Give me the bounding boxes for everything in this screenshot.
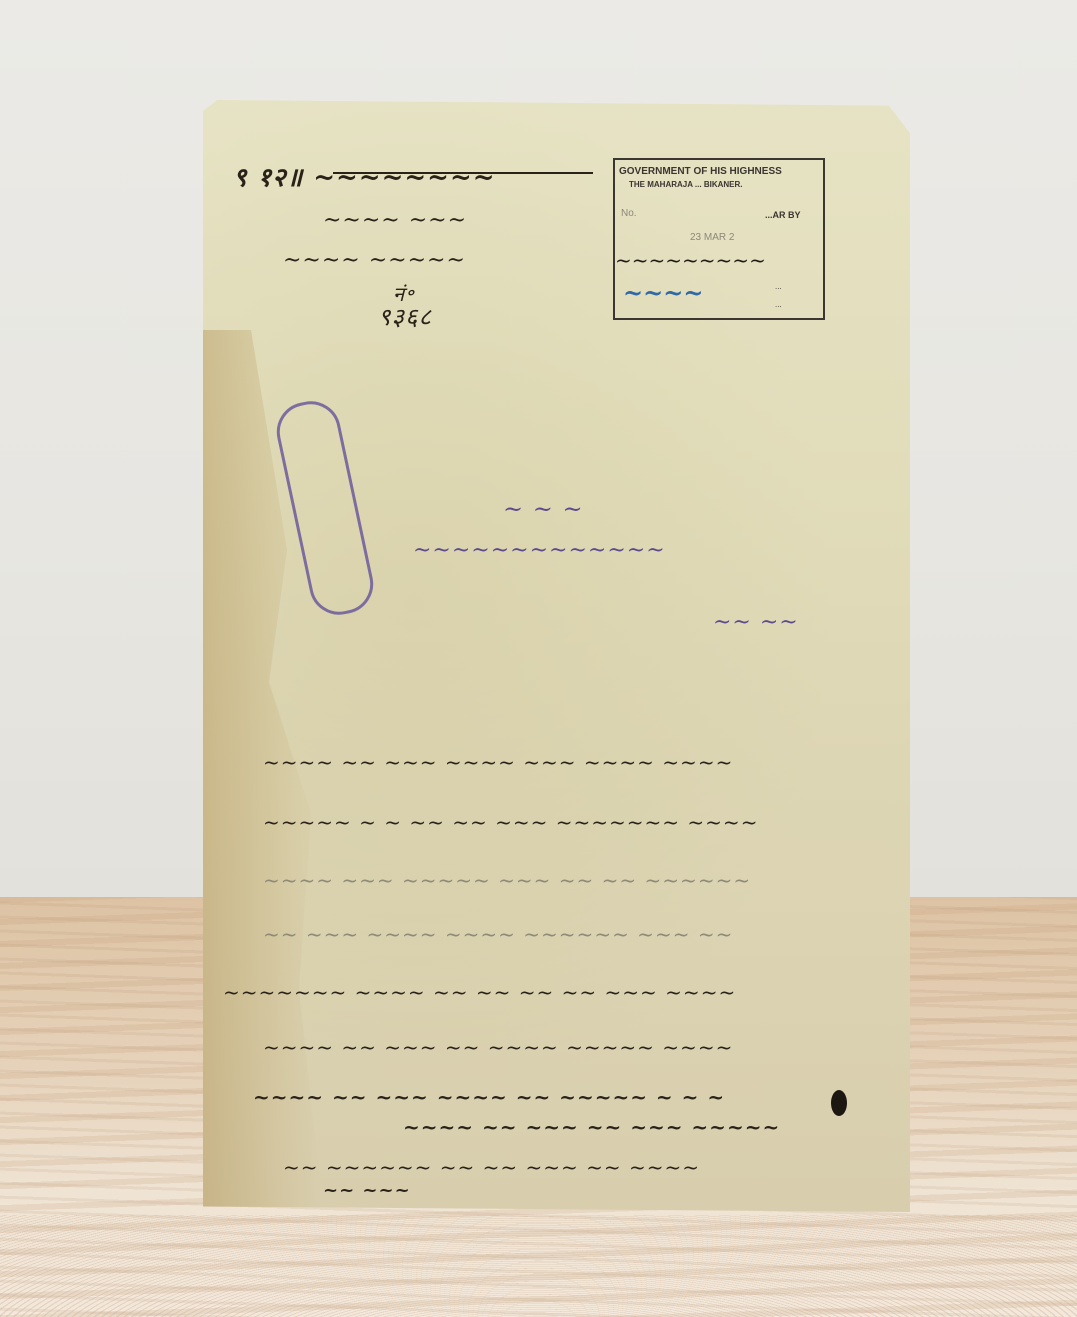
- purple-seal: [271, 396, 379, 621]
- wood-grain: [0, 1215, 1077, 1317]
- body-line-10: ~~ ~~~: [323, 1180, 411, 1201]
- body-line-2: ~~~~~ ~ ~ ~~ ~~ ~~~ ~~~~~~~ ~~~~: [263, 810, 758, 834]
- body-line-1: ~~~~ ~~ ~~~ ~~~~ ~~~ ~~~~ ~~~~: [263, 750, 733, 774]
- stamp-line-2: THE MAHARAJA ... BIKANER.: [629, 180, 742, 189]
- stamp-foot-2: ...: [775, 300, 782, 309]
- ref-number: ९३६८: [378, 300, 432, 333]
- middle-signature: ~~ ~~: [713, 610, 799, 635]
- ink-blot: [831, 1090, 847, 1116]
- blue-signature: ~~~~: [623, 278, 703, 307]
- stamp-date: 23 MAR 2: [690, 232, 734, 243]
- header-number-line: ९ १२॥ ~~~~~~~~: [233, 158, 496, 194]
- body-line-9: ~~ ~~~~~~ ~~ ~~ ~~~ ~~ ~~~~: [283, 1155, 700, 1179]
- address-line-1: ~~~~ ~~~: [323, 208, 467, 233]
- body-line-4: ~~ ~~~ ~~~~ ~~~~ ~~~~~~ ~~~ ~~: [263, 922, 733, 946]
- document-paper: ९ १२॥ ~~~~~~~~ ~~~~ ~~~ ~~~~ ~~~~~ नं॰ ९…: [203, 100, 910, 1212]
- body-line-3: ~~~~ ~~~ ~~~~~ ~~~ ~~ ~~ ~~~~~~: [263, 868, 751, 892]
- stamp-line-1: GOVERNMENT OF HIS HIGHNESS: [619, 166, 782, 177]
- stamp-foot-1: ...: [775, 282, 782, 291]
- middle-line-2: ~~~~~~~~~~~~~: [413, 538, 666, 563]
- government-stamp: GOVERNMENT OF HIS HIGHNESS THE MAHARAJA …: [613, 158, 825, 320]
- stamp-no-label: No.: [621, 208, 637, 219]
- middle-line-1: ~ ~ ~: [503, 495, 584, 523]
- address-line-2: ~~~~ ~~~~~: [283, 248, 466, 273]
- stamp-handwritten: ~~~~~~~~~: [615, 248, 766, 272]
- body-line-7: ~~~~ ~~ ~~~ ~~~~ ~~ ~~~~~ ~ ~ ~: [253, 1085, 725, 1109]
- stamp-line-3-right: ...AR BY: [765, 210, 801, 220]
- body-line-6: ~~~~ ~~ ~~~ ~~ ~~~~ ~~~~~ ~~~~: [263, 1035, 733, 1059]
- strike-line: [333, 172, 593, 174]
- body-line-5: ~~~~~~~ ~~~~ ~~ ~~ ~~ ~~ ~~~ ~~~~: [223, 980, 736, 1004]
- body-line-8: ~~~~ ~~ ~~~ ~~ ~~~ ~~~~~: [403, 1115, 780, 1139]
